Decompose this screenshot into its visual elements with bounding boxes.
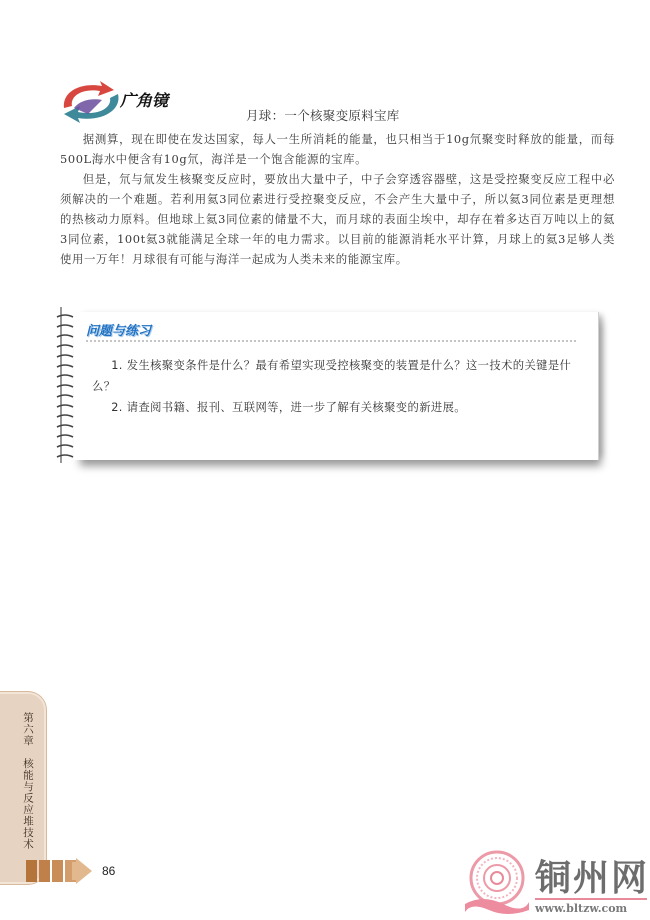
page-number: 86 <box>102 864 115 878</box>
page-arrow-icon <box>76 858 92 884</box>
watermark-name: 铜州网 <box>535 850 649 901</box>
swirl-arrows-icon <box>58 78 124 124</box>
watermark-underline <box>535 898 647 900</box>
sidebar-logo-guangjiaojing: 广角镜 <box>58 78 188 123</box>
exercise-heading: 问题与练习 <box>86 320 151 339</box>
article-title: 月球：一个核聚变原料宝库 <box>246 106 400 124</box>
exercise-list: 1. 发生核聚变条件是什么？最有希望实现受控核聚变的装置是什么？这一技术的关键是… <box>92 355 582 418</box>
spiral-binding-icon <box>55 305 77 465</box>
watermark: 铜州网 www.bltzw.com <box>455 848 650 920</box>
exercise-item: 1. 发生核聚变条件是什么？最有希望实现受控核聚变的装置是什么？这一技术的关键是… <box>92 355 582 397</box>
progress-bar-segment <box>26 860 37 882</box>
divider <box>86 340 576 342</box>
watermark-url: www.bltzw.com <box>535 902 627 915</box>
seal-emblem-icon <box>463 848 531 918</box>
chapter-label: 第六章 核能与反应堆技术 <box>22 712 34 850</box>
page-progress-bars <box>26 860 76 882</box>
progress-bar-segment <box>52 860 63 882</box>
article-body: 据测算，现在即使在发达国家，每人一生所消耗的能量，也只相当于10g氘聚变时释放的… <box>60 129 615 269</box>
logo-label: 广角镜 <box>120 88 168 111</box>
progress-bar-segment <box>39 860 50 882</box>
article-paragraph: 但是，氘与氚发生核聚变反应时，要放出大量中子，中子会穿透容器壁，这是受控聚变反应… <box>60 169 615 269</box>
exercise-item: 2. 请查阅书籍、报刊、互联网等，进一步了解有关核聚变的新进展。 <box>92 397 582 418</box>
article-paragraph: 据测算，现在即使在发达国家，每人一生所消耗的能量，也只相当于10g氘聚变时释放的… <box>60 129 615 169</box>
